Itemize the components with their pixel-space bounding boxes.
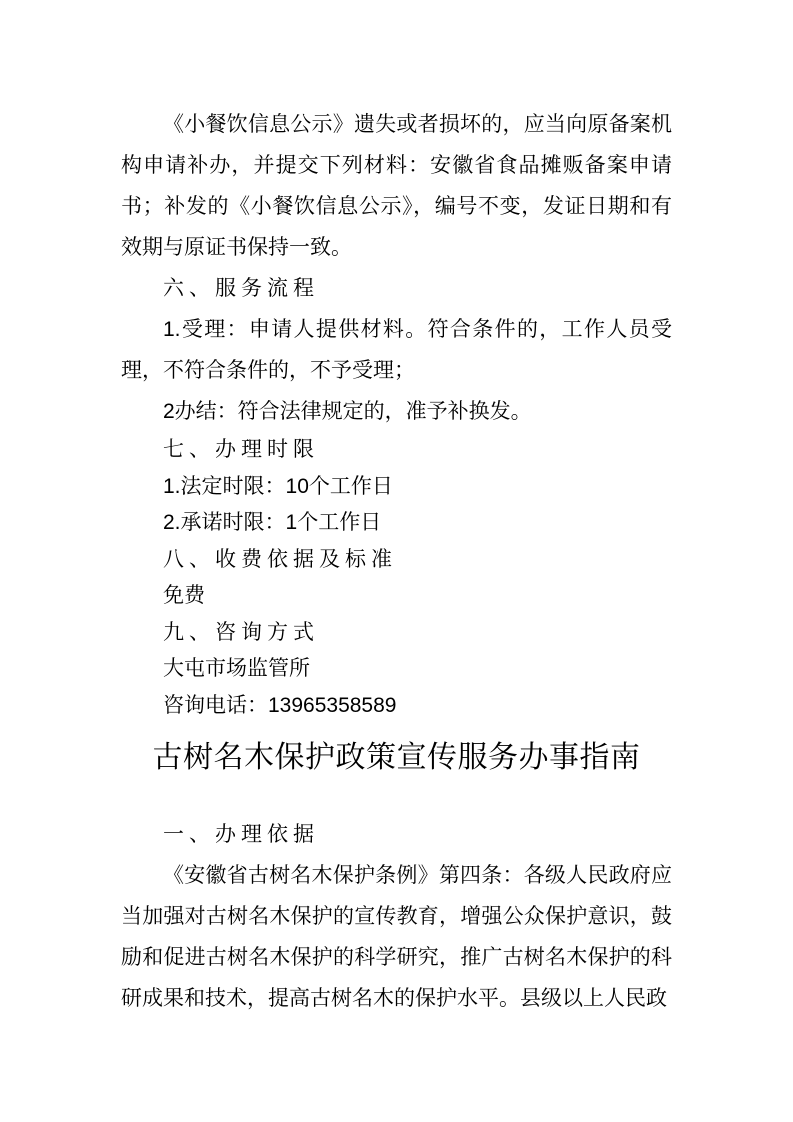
paragraph-agency-name: 大屯市场监管所 <box>121 651 672 688</box>
paragraph-consultation-phone: 咨询电话：13965358589 <box>121 688 672 725</box>
paragraph-completion-step: 2办结：符合法律规定的，准予补换发。 <box>121 391 672 432</box>
document-page: 《小餐饮信息公示》遗失或者损坏的，应当向原备案机构申请补办，并提交下列材料：安徽… <box>0 0 793 1122</box>
list-item-statutory-time-limit: 1.法定时限：10个工作日 <box>121 469 672 506</box>
heading-fee-basis-standard: 八、收费依据及标准 <box>121 542 672 579</box>
heading-handling-basis: 一、办理依据 <box>121 814 672 855</box>
paragraph-reissue-rule: 《小餐饮信息公示》遗失或者损坏的，应当向原备案机构申请补办，并提交下列材料：安徽… <box>121 104 672 268</box>
heading-processing-time-limit: 七、办理时限 <box>121 432 672 469</box>
paragraph-fee-free: 免费 <box>121 578 672 615</box>
list-item-promised-time-limit: 2.承诺时限：1个工作日 <box>121 505 672 542</box>
heading-consultation-method: 九、咨询方式 <box>121 615 672 652</box>
document-title-ancient-trees-guide: 古树名木保护政策宣传服务办事指南 <box>121 733 672 783</box>
paragraph-regulation-basis: 《安徽省古树名木保护条例》第四条：各级人民政府应当加强对古树名木保护的宣传教育，… <box>121 855 672 1019</box>
document-content: 《小餐饮信息公示》遗失或者损坏的，应当向原备案机构申请补办，并提交下列材料：安徽… <box>121 104 672 1019</box>
paragraph-acceptance-step: 1.受理：申请人提供材料。符合条件的，工作人员受理，不符合条件的，不予受理； <box>121 309 672 391</box>
heading-service-process: 六、服务流程 <box>121 268 672 309</box>
